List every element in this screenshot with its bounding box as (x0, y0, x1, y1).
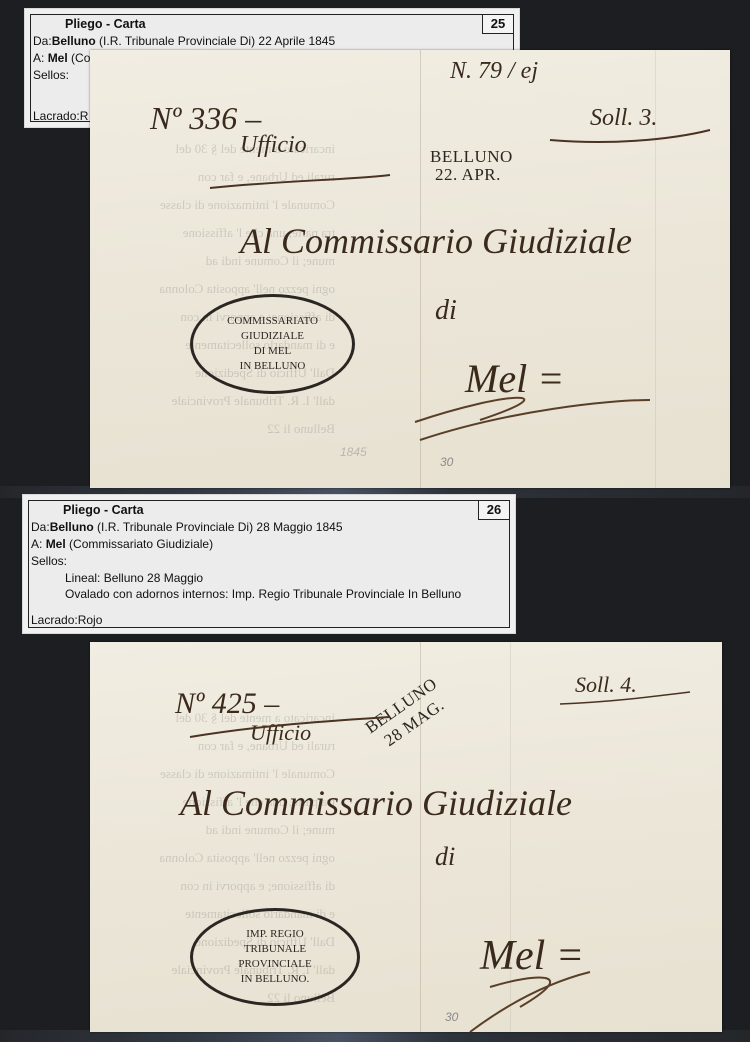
letter-26: incaricato a mente del § 30 del rurali e… (90, 642, 722, 1032)
to-line: A: Mel (Co (33, 51, 90, 65)
pencil-faint: 1845 (340, 445, 367, 459)
description-label-26: 26 Pliego - Carta Da:Belluno (I.R. Tribu… (22, 494, 516, 634)
letter-25: incaricato a mente del § 30 del rurali e… (90, 50, 730, 488)
lacrado-line: Lacrado:Rojo (31, 613, 102, 627)
from-line: Da:Belluno (I.R. Tribunale Provinciale D… (33, 34, 335, 48)
from-line: Da:Belluno (I.R. Tribunale Provinciale D… (31, 520, 343, 534)
to-line: A: Mel (Commissariato Giudiziale) (31, 537, 213, 551)
item-number: 26 (478, 500, 510, 520)
sellos-label: Sellos: (31, 554, 67, 568)
lacrado-line: Lacrado:R (33, 109, 88, 123)
address-flourish (90, 50, 730, 488)
pencil-note: 30 (440, 455, 453, 469)
sello-lineal: Lineal: Belluno 28 Maggio (65, 571, 203, 585)
pencil-note: 30 (445, 1010, 458, 1024)
item-type: Pliego - Carta (65, 17, 146, 31)
item-number: 25 (482, 14, 514, 34)
address-flourish (90, 642, 722, 1032)
item-type: Pliego - Carta (63, 503, 144, 517)
sello-ovalado: Ovalado con adornos internos: Imp. Regio… (65, 587, 461, 601)
sellos-label: Sellos: (33, 68, 69, 82)
